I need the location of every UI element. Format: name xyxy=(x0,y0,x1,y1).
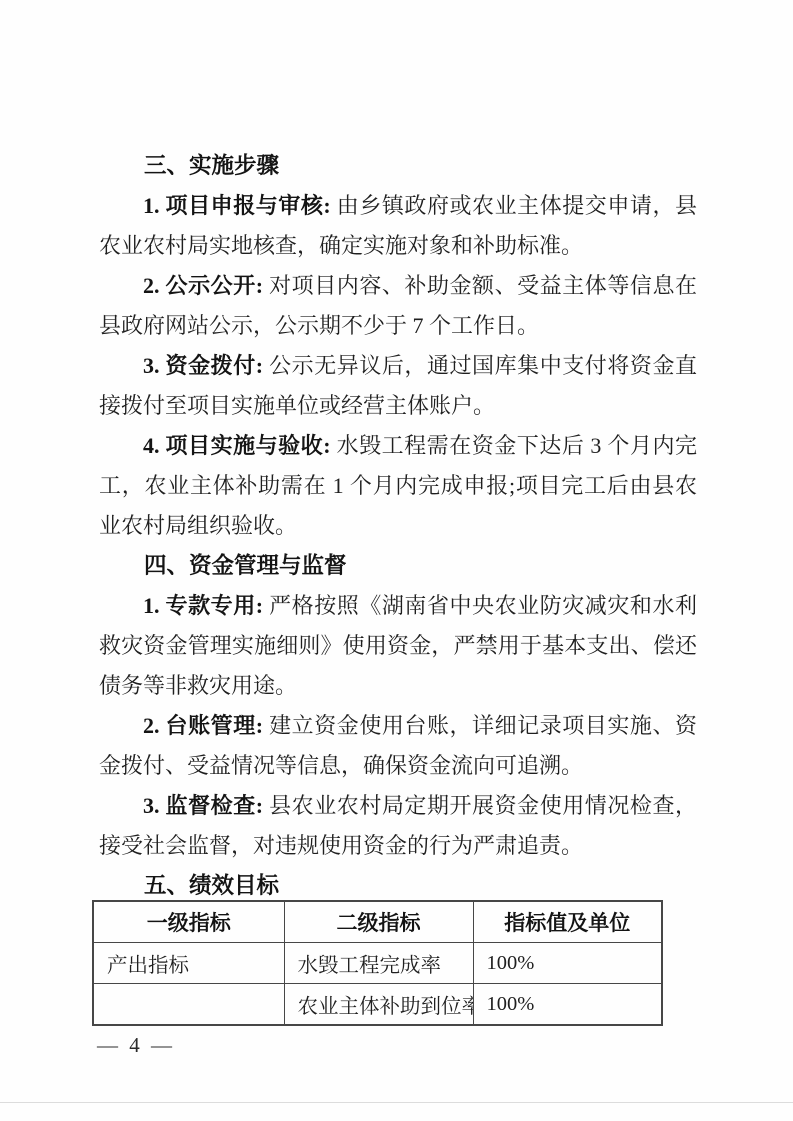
paragraph-ledger-management: 2. 台账管理: 建立资金使用台账，详细记录项目实施、资金拨付、受益情况等信息，… xyxy=(99,706,697,786)
table-cell: 100% xyxy=(473,943,662,984)
table-header-indicator-value: 指标值及单位 xyxy=(473,901,662,943)
table-header-level1-indicator: 一级指标 xyxy=(93,901,284,943)
paragraph-lead: 1. 专款专用: xyxy=(143,593,269,618)
paragraph-fund-disbursement: 3. 资金拨付: 公示无异议后，通过国库集中支付将资金直接拨付至项目实施单位或经… xyxy=(99,346,697,426)
table-cell: 农业主体补助到位率 xyxy=(284,984,473,1026)
table-cell: 产出指标 xyxy=(93,943,284,984)
section-heading-fund-management: 四、资金管理与监督 xyxy=(99,546,697,586)
paragraph-earmarked-funds: 1. 专款专用: 严格按照《湖南省中央农业防灾减灾和水利救灾资金管理实施细则》使… xyxy=(99,586,697,706)
paragraph-implementation-acceptance: 4. 项目实施与验收: 水毁工程需在资金下达后 3 个月内完工，农业主体补助需在… xyxy=(99,426,697,546)
paragraph-lead: 2. 台账管理: xyxy=(143,713,269,738)
document-body: 三、实施步骤 1. 项目申报与审核: 由乡镇政府或农业主体提交申请，县农业农村局… xyxy=(99,146,697,906)
document-page: 三、实施步骤 1. 项目申报与审核: 由乡镇政府或农业主体提交申请，县农业农村局… xyxy=(0,0,793,1121)
table-cell: 100% xyxy=(473,984,662,1026)
section-heading-implementation-steps: 三、实施步骤 xyxy=(99,146,697,186)
page-edge-line xyxy=(0,1102,793,1103)
paragraph-lead: 1. 项目申报与审核: xyxy=(143,193,337,218)
table-cell: 水毁工程完成率 xyxy=(284,943,473,984)
paragraph-lead: 2. 公示公开: xyxy=(143,273,269,298)
table-row: 产出指标 水毁工程完成率 100% xyxy=(93,943,662,984)
table-header-level2-indicator: 二级指标 xyxy=(284,901,473,943)
paragraph-supervision-inspection: 3. 监督检查: 县农业农村局定期开展资金使用情况检查，接受社会监督，对违规使用… xyxy=(99,786,697,866)
paragraph-public-notice: 2. 公示公开: 对项目内容、补助金额、受益主体等信息在县政府网站公示，公示期不… xyxy=(99,266,697,346)
paragraph-lead: 3. 资金拨付: xyxy=(143,353,269,378)
table-row: 农业主体补助到位率 100% xyxy=(93,984,662,1026)
table-header-row: 一级指标 二级指标 指标值及单位 xyxy=(93,901,662,943)
paragraph-project-application: 1. 项目申报与审核: 由乡镇政府或农业主体提交申请，县农业农村局实地核查，确定… xyxy=(99,186,697,266)
table-cell xyxy=(93,984,284,1026)
performance-target-table: 一级指标 二级指标 指标值及单位 产出指标 水毁工程完成率 100% 农业主体补… xyxy=(92,900,663,1026)
paragraph-lead: 3. 监督检查: xyxy=(143,793,269,818)
paragraph-lead: 4. 项目实施与验收: xyxy=(143,433,337,458)
page-number: — 4 — xyxy=(97,1033,175,1058)
